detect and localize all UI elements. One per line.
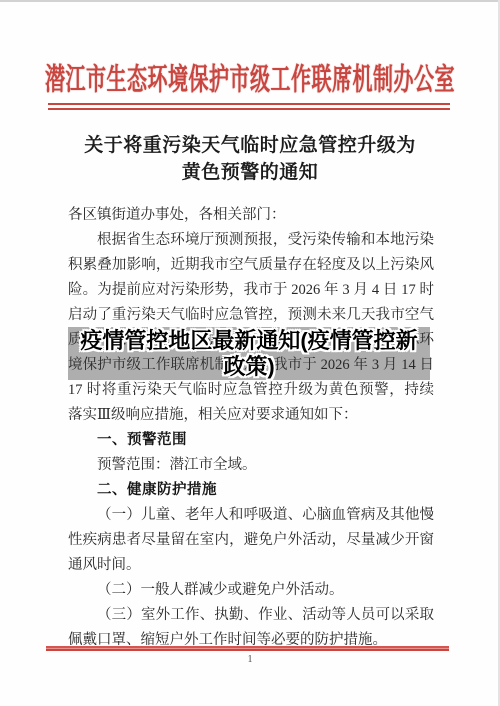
measure-item-1: （一）儿童、老年人和呼吸道、心脑血管病及其他慢性疾病患者尽量留在室内，避免户外活… bbox=[68, 503, 434, 578]
watermark-title-line-1: 疫情管控地区最新通知(疫情管控新 bbox=[80, 328, 417, 354]
scan-edge-artifact-top bbox=[0, 0, 500, 2]
issuing-office-banner: 潜江市生态环境保护市级工作联席机制办公室 bbox=[0, 55, 500, 99]
footer-divider-line bbox=[46, 646, 449, 651]
salutation: 各区镇街道办事处，各相关部门： bbox=[68, 203, 434, 228]
section-heading-health-measures: 二、健康防护措施 bbox=[68, 478, 434, 503]
document-body: 各区镇街道办事处，各相关部门： 根据省生态环境厅预测预报，受污染传输和本地污染积… bbox=[68, 203, 434, 653]
measure-item-2: （二）一般人群减少或避免户外活动。 bbox=[68, 578, 434, 603]
header-divider-line bbox=[48, 103, 450, 110]
watermark-overlay: 疫情管控地区最新通知(疫情管控新 政策) bbox=[68, 327, 430, 380]
page-number: 1 bbox=[0, 654, 500, 665]
warning-scope-text: 预警范围：潜江市全域。 bbox=[68, 453, 434, 478]
document-title: 关于将重污染天气临时应急管控升级为 黄色预警的通知 bbox=[0, 132, 500, 186]
document-title-line-2: 黄色预警的通知 bbox=[182, 162, 319, 183]
section-heading-warning-scope: 一、预警范围 bbox=[68, 428, 434, 453]
document-title-line-1: 关于将重污染天气临时应急管控升级为 bbox=[84, 135, 416, 156]
document-page: 潜江市生态环境保护市级工作联席机制办公室 关于将重污染天气临时应急管控升级为 黄… bbox=[0, 0, 500, 706]
watermark-title-line-2: 政策) bbox=[223, 354, 274, 380]
